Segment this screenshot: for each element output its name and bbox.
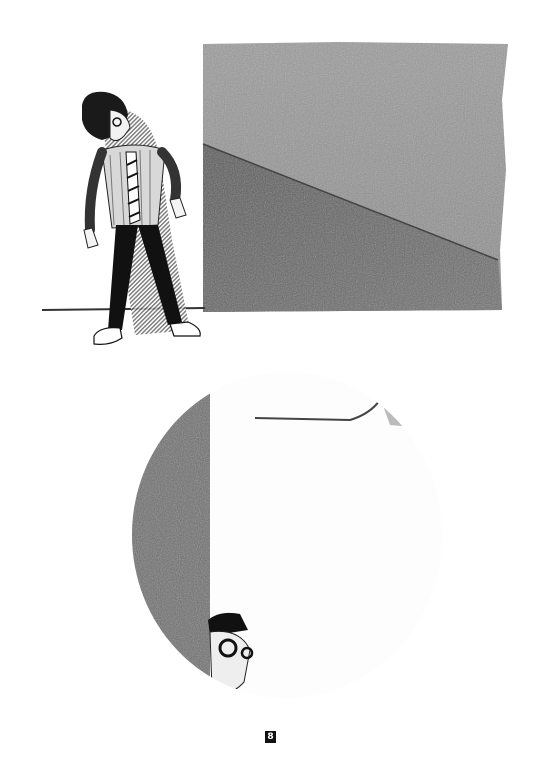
- circular-panel-illustration: [130, 370, 445, 700]
- circular-panel: [130, 370, 445, 700]
- man-figure: [82, 92, 200, 345]
- top-panel-illustration: [40, 40, 510, 360]
- top-panel: [40, 40, 510, 360]
- page-number: 8: [265, 731, 276, 743]
- illustrated-page: 8: [0, 0, 540, 764]
- wall-corner-drawing: [203, 42, 508, 312]
